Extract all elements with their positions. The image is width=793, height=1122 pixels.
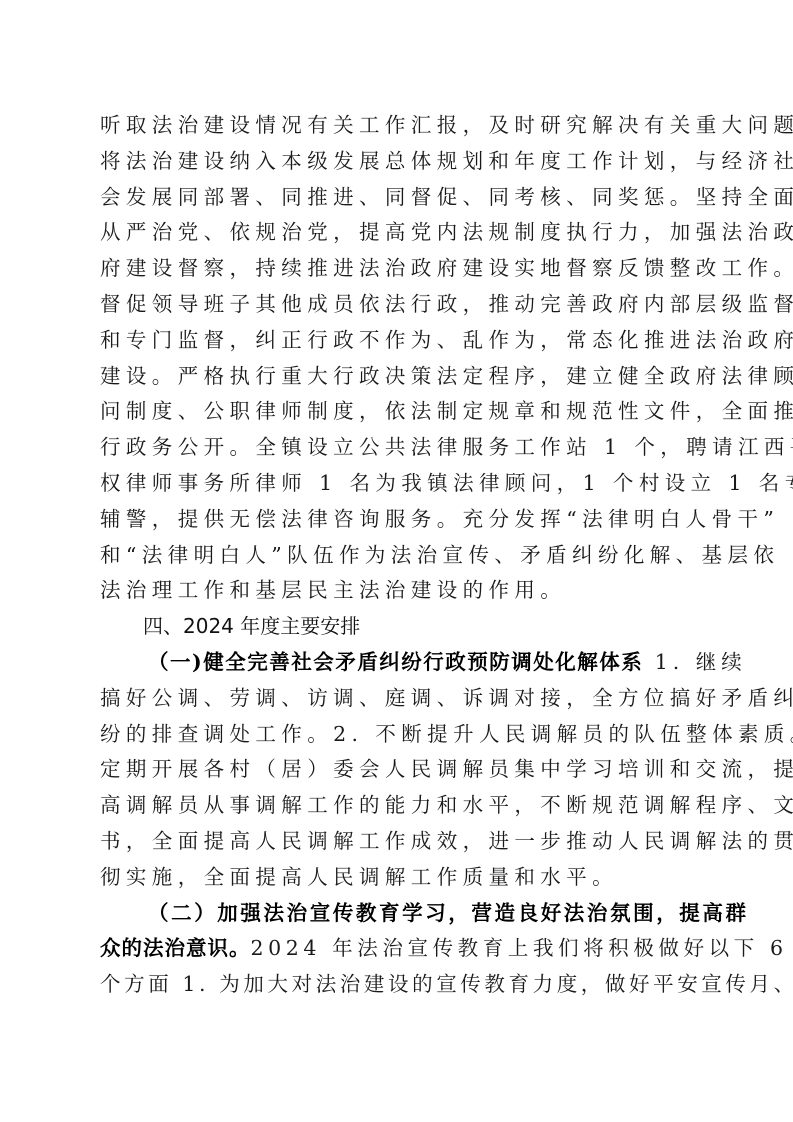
text-line: 府建设督察，持续推进法治政府建设实地督察反馈整改工作。 xyxy=(100,251,694,287)
text-line: 权律师事务所律师 1 名为我镇法律顾问，1 个村设立 1 名专职 xyxy=(100,466,694,502)
subsection-title-line: 众的法治意识。2024 年法治宣传教育上我们将积极做好以下 6 xyxy=(100,931,694,967)
text-line: 建设。严格执行重大行政决策法定程序，建立健全政府法律顾 xyxy=(100,359,694,395)
document-body: 听取法治建设情况有关工作汇报，及时研究解决有关重大问题， 将法治建设纳入本级发展… xyxy=(100,108,694,1003)
text-line: 将法治建设纳入本级发展总体规划和年度工作计划，与经济社 xyxy=(100,144,694,180)
text-line: 搞好公调、劳调、访调、庭调、诉调对接，全方位搞好矛盾纠 xyxy=(100,681,694,717)
document-page: 听取法治建设情况有关工作汇报，及时研究解决有关重大问题， 将法治建设纳入本级发展… xyxy=(0,0,793,1122)
subsection-dispute-resolution: （一)健全完善社会矛盾纠纷行政预防调处化解体系 1. 继续 搞好公调、劳调、访调… xyxy=(100,645,694,896)
subsection-lead-text: 1. 继续 xyxy=(643,650,747,674)
subsection-title: （二）加强法治宣传教育学习，营造良好法治氛围，提高群 xyxy=(148,901,749,925)
text-line: 法治理工作和基层民主法治建设的作用。 xyxy=(100,573,694,609)
subsection-title-continued: 众的法治意识。 xyxy=(100,936,251,960)
subsection-title: （一)健全完善社会矛盾纠纷行政预防调处化解体系 xyxy=(148,650,643,674)
text-line: 和专门监督，纠正行政不作为、乱作为，常态化推进法治政府 xyxy=(100,323,694,359)
text-line: 高调解员从事调解工作的能力和水平，不断规范调解程序、文 xyxy=(100,788,694,824)
text-line: 和“法律明白人”队伍作为法治宣传、矛盾纠纷化解、基层依 xyxy=(100,538,694,574)
subsection-lead-text: 2024 年法治宣传教育上我们将积极做好以下 6 xyxy=(251,936,788,960)
text-line: 定期开展各村（居）委会人民调解员集中学习培训和交流，提 xyxy=(100,752,694,788)
text-line: 辅警，提供无偿法律咨询服务。充分发挥“法律明白人骨干” xyxy=(100,502,694,538)
text-line: 从严治党、依规治党，提高党内法规制度执行力，加强法治政 xyxy=(100,215,694,251)
text-line: 书，全面提高人民调解工作成效，进一步推动人民调解法的贯 xyxy=(100,824,694,860)
text-line: 督促领导班子其他成员依法行政，推动完善政府内部层级监督 xyxy=(100,287,694,323)
subsection-legal-publicity: （二）加强法治宣传教育学习，营造良好法治氛围，提高群 众的法治意识。2024 年… xyxy=(100,896,694,1003)
text-line: 个方面 1. 为加大对法治建设的宣传教育力度，做好平安宣传月、 xyxy=(100,967,694,1003)
paragraph-rule-of-law-work: 听取法治建设情况有关工作汇报，及时研究解决有关重大问题， 将法治建设纳入本级发展… xyxy=(100,108,694,609)
subsection-title-line: （二）加强法治宣传教育学习，营造良好法治氛围，提高群 xyxy=(100,896,694,932)
text-line: 听取法治建设情况有关工作汇报，及时研究解决有关重大问题， xyxy=(100,108,694,144)
text-line: 纷的排查调处工作。2. 不断提升人民调解员的队伍整体素质。 xyxy=(100,717,694,753)
text-line: 会发展同部署、同推进、同督促、同考核、同奖惩。坚持全面 xyxy=(100,180,694,216)
section-heading: 四、2024 年度主要安排 xyxy=(100,609,694,645)
text-line: 彻实施，全面提高人民调解工作质量和水平。 xyxy=(100,860,694,896)
subsection-title-line: （一)健全完善社会矛盾纠纷行政预防调处化解体系 1. 继续 xyxy=(100,645,694,681)
text-line: 行政务公开。全镇设立公共法律服务工作站 1 个，聘请江西平 xyxy=(100,430,694,466)
text-line: 问制度、公职律师制度，依法制定规章和规范性文件，全面推 xyxy=(100,394,694,430)
